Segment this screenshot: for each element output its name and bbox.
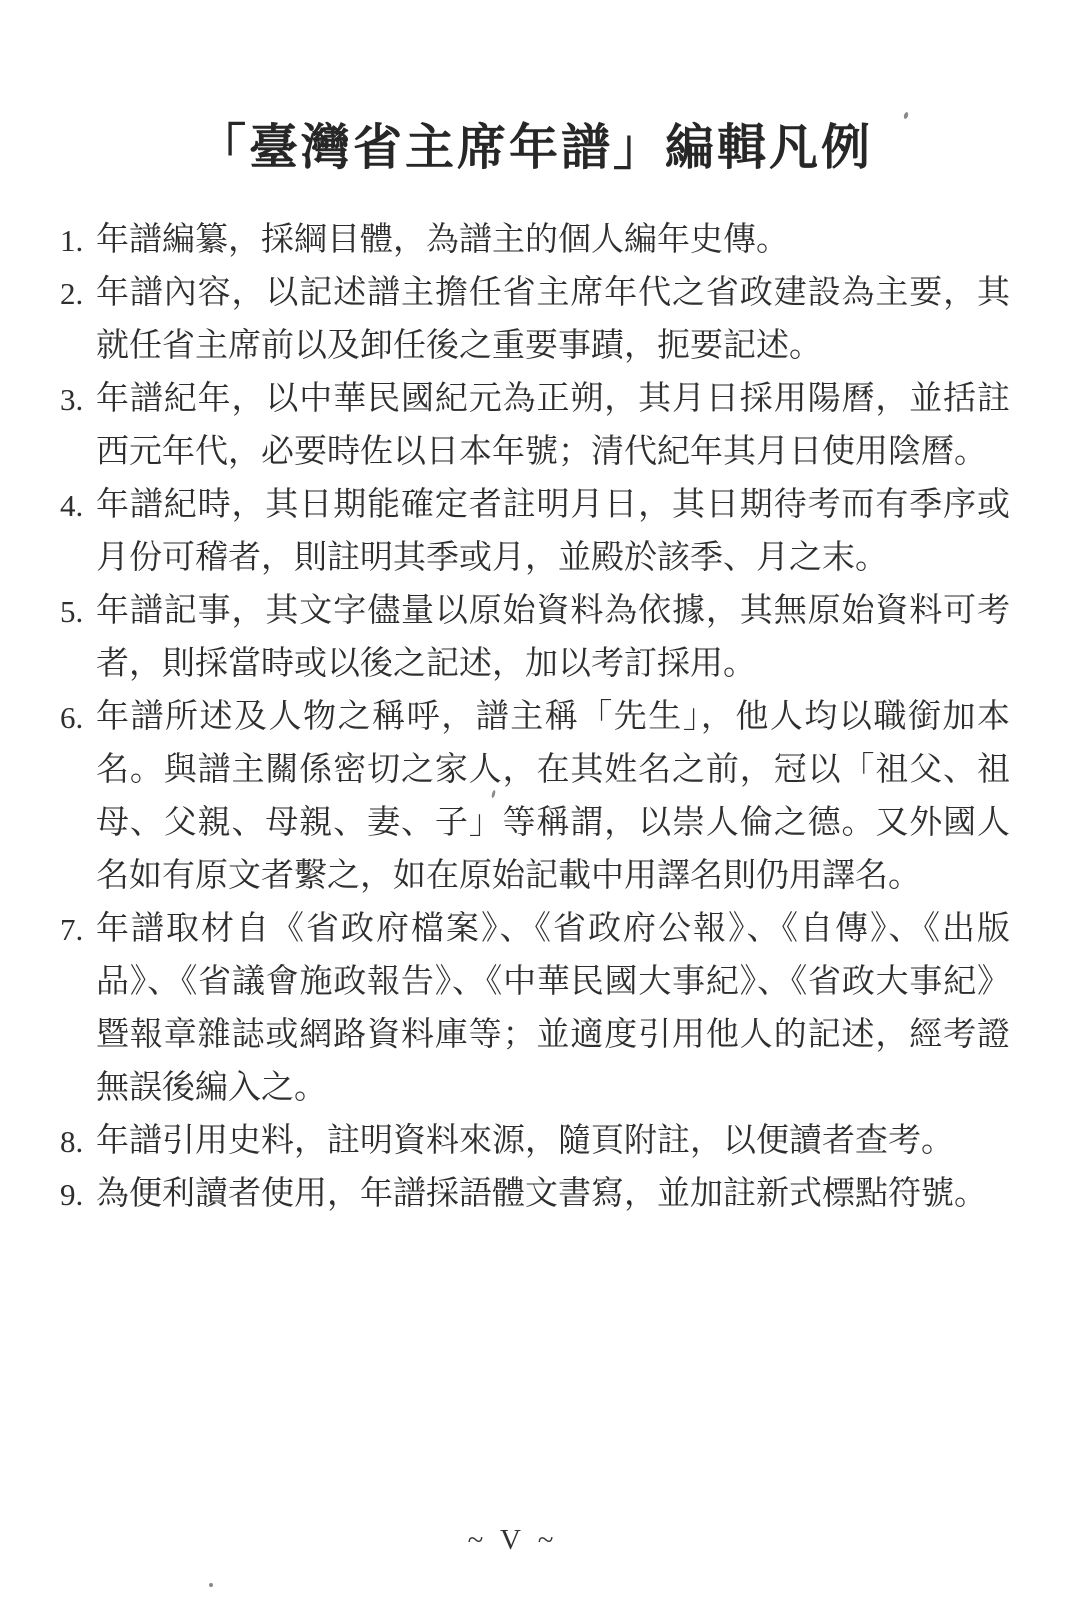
item-number: 2. bbox=[60, 267, 96, 320]
scan-artifact bbox=[209, 1583, 213, 1587]
item-number: 9. bbox=[60, 1168, 96, 1221]
document-page: 「臺灣省主席年譜」編輯凡例 1.年譜編纂，採綱目體，為譜主的個人編年史傳。2.年… bbox=[0, 0, 1066, 1603]
list-item: 1.年譜編纂，採綱目體，為譜主的個人編年史傳。 bbox=[60, 214, 1010, 267]
list-item: 7.年譜取材自《省政府檔案》、《省政府公報》、《自傳》、《出版品》、《省議會施政… bbox=[60, 903, 1010, 1115]
page-number: ~ V ~ bbox=[0, 1524, 1026, 1557]
item-number: 8. bbox=[60, 1115, 96, 1168]
list-item: 8.年譜引用史料，註明資料來源，隨頁附註，以便讀者查考。 bbox=[60, 1115, 1010, 1168]
item-text: 年譜取材自《省政府檔案》、《省政府公報》、《自傳》、《出版品》、《省議會施政報告… bbox=[96, 903, 1010, 1115]
item-text: 年譜紀時，其日期能確定者註明月日，其日期待考而有季序或月份可稽者，則註明其季或月… bbox=[96, 479, 1010, 585]
item-text: 年譜編纂，採綱目體，為譜主的個人編年史傳。 bbox=[96, 214, 1010, 267]
page-title: 「臺灣省主席年譜」編輯凡例 bbox=[60, 112, 1010, 184]
item-text: 年譜內容，以記述譜主擔任省主席年代之省政建設為主要，其就任省主席前以及卸任後之重… bbox=[96, 267, 1010, 373]
item-text: 年譜記事，其文字儘量以原始資料為依據，其無原始資料可考者，則採當時或以後之記述，… bbox=[96, 585, 1010, 691]
item-number: 1. bbox=[60, 214, 96, 267]
item-number: 5. bbox=[60, 585, 96, 638]
item-text: 年譜紀年，以中華民國紀元為正朔，其月日採用陽曆，並括註西元年代，必要時佐以日本年… bbox=[96, 373, 1010, 479]
item-text: 為便利讀者使用，年譜採語體文書寫，並加註新式標點符號。 bbox=[96, 1168, 1010, 1221]
list-item: 6.年譜所述及人物之稱呼，譜主稱「先生」，他人均以職銜加本名。與譜主關係密切之家… bbox=[60, 691, 1010, 903]
item-number: 4. bbox=[60, 479, 96, 532]
item-number: 7. bbox=[60, 903, 96, 956]
list-item: 3.年譜紀年，以中華民國紀元為正朔，其月日採用陽曆，並括註西元年代，必要時佐以日… bbox=[60, 373, 1010, 479]
item-text: 年譜引用史料，註明資料來源，隨頁附註，以便讀者查考。 bbox=[96, 1115, 1010, 1168]
item-text: 年譜所述及人物之稱呼，譜主稱「先生」，他人均以職銜加本名。與譜主關係密切之家人，… bbox=[96, 691, 1010, 903]
list-item: 9.為便利讀者使用，年譜採語體文書寫，並加註新式標點符號。 bbox=[60, 1168, 1010, 1221]
list-item: 2.年譜內容，以記述譜主擔任省主席年代之省政建設為主要，其就任省主席前以及卸任後… bbox=[60, 267, 1010, 373]
list-item: 5.年譜記事，其文字儘量以原始資料為依據，其無原始資料可考者，則採當時或以後之記… bbox=[60, 585, 1010, 691]
list-item: 4.年譜紀時，其日期能確定者註明月日，其日期待考而有季序或月份可稽者，則註明其季… bbox=[60, 479, 1010, 585]
item-number: 3. bbox=[60, 373, 96, 426]
guideline-list: 1.年譜編纂，採綱目體，為譜主的個人編年史傳。2.年譜內容，以記述譜主擔任省主席… bbox=[60, 214, 1010, 1221]
item-number: 6. bbox=[60, 691, 96, 744]
